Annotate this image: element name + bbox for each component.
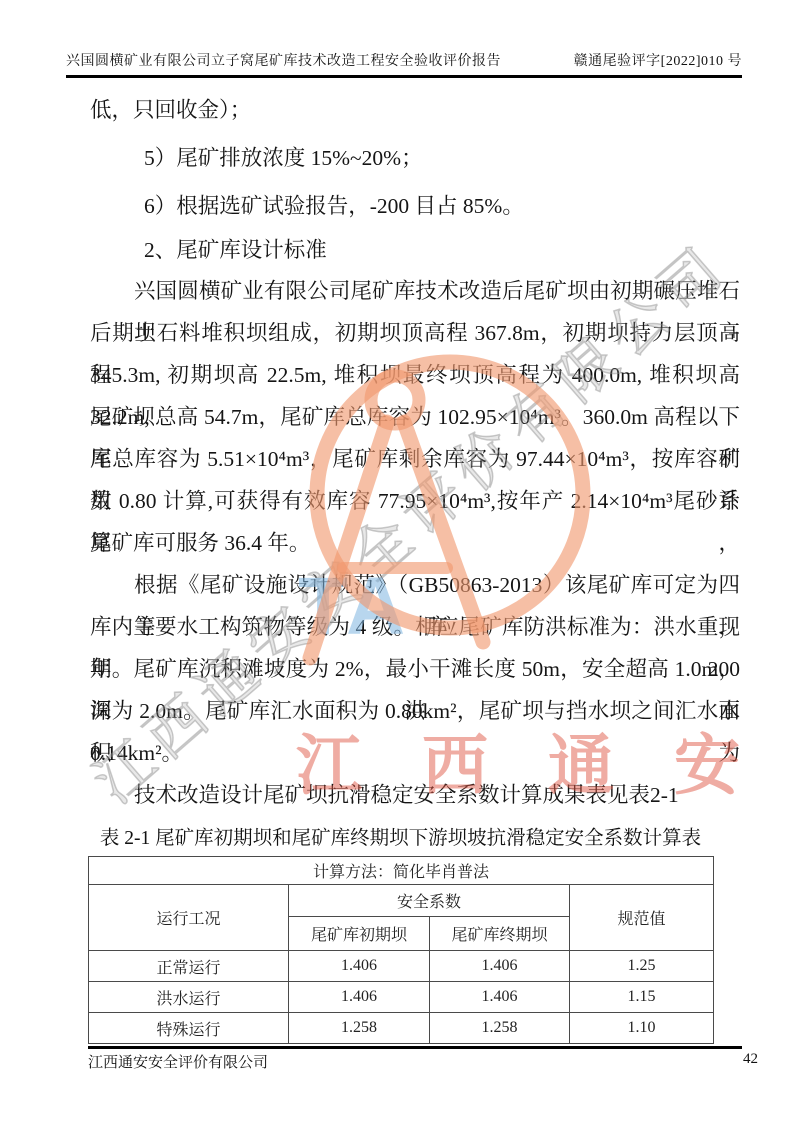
cell-initial: 1.258 bbox=[289, 1013, 430, 1044]
section-heading: 2、尾矿库设计标准 bbox=[90, 230, 740, 270]
body-line: 深为 2.0m。尾矿库汇水面积为 0.80km²，尾矿坝与挡水坝之间汇水面积为 bbox=[90, 690, 740, 732]
col-header-safety: 安全系数 bbox=[289, 885, 570, 917]
footer-rule bbox=[88, 1046, 742, 1049]
cell-condition: 特殊运行 bbox=[89, 1013, 289, 1044]
cell-final: 1.406 bbox=[430, 982, 570, 1013]
header-rule bbox=[66, 75, 742, 78]
cell-standard: 1.10 bbox=[570, 1013, 714, 1044]
page-header: 兴国圆横矿业有限公司立子窝尾矿库技术改造工程安全验收评价报告 赣通尾验评字[20… bbox=[66, 50, 742, 70]
footer-page-number: 42 bbox=[743, 1051, 758, 1068]
body-line: 兴国圆横矿业有限公司尾矿库技术改造后尾矿坝由初期碾压堆石坝+ bbox=[90, 270, 740, 312]
body-line: 技术改造设计尾矿坝抗滑稳定安全系数计算成果表见表2-1 bbox=[90, 774, 740, 816]
table-method-cell: 计算方法：简化毕肖普法 bbox=[89, 857, 714, 885]
cell-final: 1.258 bbox=[430, 1013, 570, 1044]
body-line: 年。尾矿库沉积滩坡度为 2%，最小干滩长度 50m，安全超高 1.0m，调洪水 bbox=[90, 648, 740, 690]
table-row: 正常运行 1.406 1.406 1.25 bbox=[89, 951, 714, 982]
cell-condition: 正常运行 bbox=[89, 951, 289, 982]
body-line: 根据《尾矿设施设计规范》（GB50863-2013）该尾矿库可定为四等库， bbox=[90, 564, 740, 606]
cell-final: 1.406 bbox=[430, 951, 570, 982]
body-line: 尾矿坝总高 54.7m，尾矿库总库容为 102.95×10⁴m³。360.0m … bbox=[90, 396, 740, 438]
body-line: 库总库容为 5.51×10⁴m³，尾矿库剩余库容为 97.44×10⁴m³，按库… bbox=[90, 438, 740, 480]
col-header-standard: 规范值 bbox=[570, 885, 714, 951]
header-report-title: 兴国圆横矿业有限公司立子窝尾矿库技术改造工程安全验收评价报告 bbox=[66, 50, 501, 70]
footer-company: 江西通安安全评价有限公司 bbox=[88, 1051, 268, 1072]
document-page: 江西通安安全评价有限公司 TA 江西通安 兴国圆横矿业有限公司立子窝尾矿库技术改… bbox=[0, 0, 800, 1131]
col-header-initial-dam: 尾矿库初期坝 bbox=[289, 917, 430, 951]
stability-table: 计算方法：简化毕肖普法 运行工况 安全系数 规范值 尾矿库初期坝 尾矿库终期坝 … bbox=[88, 856, 714, 1044]
cell-standard: 1.25 bbox=[570, 951, 714, 982]
table-row: 洪水运行 1.406 1.406 1.15 bbox=[89, 982, 714, 1013]
col-header-final-dam: 尾矿库终期坝 bbox=[430, 917, 570, 951]
body-line: 后期土石料堆积坝组成，初期坝顶高程 367.8m，初期坝持力层顶高程 bbox=[90, 312, 740, 354]
document-body: 低，只回收金）； 5）尾矿排放浓度 15%~20%； 6）根据选矿试验报告，-2… bbox=[90, 86, 740, 816]
table-caption: 表 2-1 尾矿库初期坝和尾矿库终期坝下游坝坡抗滑稳定安全系数计算表 bbox=[88, 826, 713, 852]
body-line: 5）尾矿排放浓度 15%~20%； bbox=[90, 134, 740, 182]
cell-condition: 洪水运行 bbox=[89, 982, 289, 1013]
table-row: 特殊运行 1.258 1.258 1.10 bbox=[89, 1013, 714, 1044]
body-line: 库内主要水工构筑物等级为 4 级。相应尾矿库防洪标准为：洪水重现期 200 bbox=[90, 606, 740, 648]
header-doc-number: 赣通尾验评字[2022]010 号 bbox=[574, 50, 742, 70]
body-line: 6）根据选矿试验报告，-200 目占 85%。 bbox=[90, 182, 740, 230]
col-header-condition: 运行工况 bbox=[89, 885, 289, 951]
body-line: 低，只回收金）； bbox=[90, 86, 740, 134]
body-line: 345.3m, 初期坝高 22.5m, 堆积坝最终坝顶高程为 400.0m, 堆… bbox=[90, 354, 740, 396]
cell-initial: 1.406 bbox=[289, 982, 430, 1013]
cell-initial: 1.406 bbox=[289, 951, 430, 982]
cell-standard: 1.15 bbox=[570, 982, 714, 1013]
body-line: 数 0.80 计算,可获得有效库容 77.95×10⁴m³,按年产 2.14×1… bbox=[90, 480, 740, 522]
